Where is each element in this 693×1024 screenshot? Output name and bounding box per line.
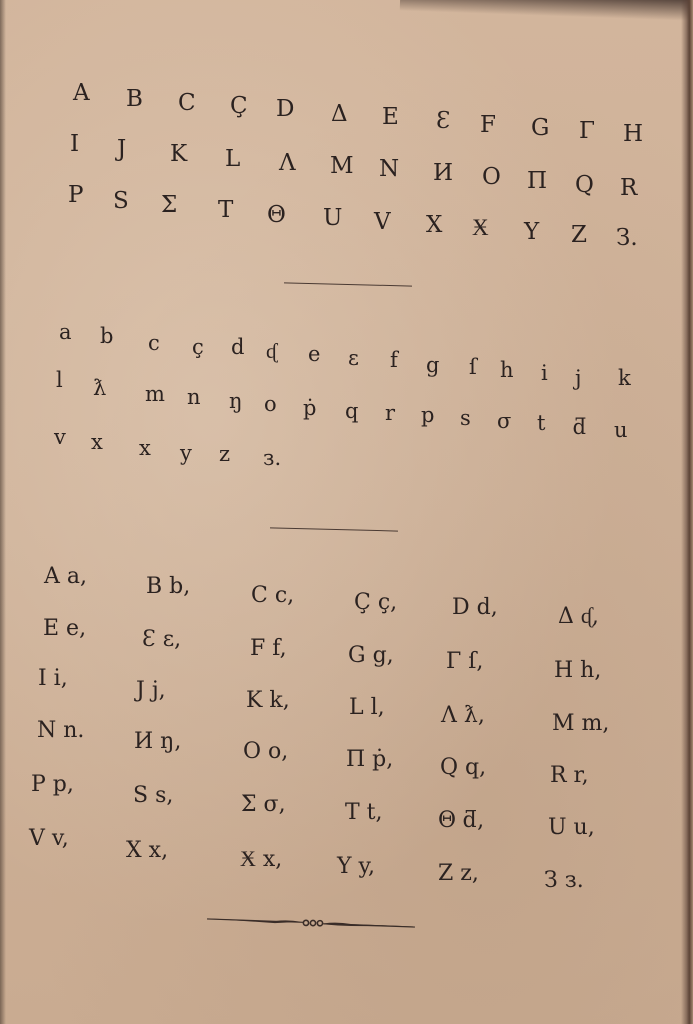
- capital-letter: V: [374, 211, 391, 234]
- letter-pair: Ç ç,: [354, 592, 397, 614]
- lowercase-letter: x: [139, 438, 151, 459]
- lowercase-letter: o: [264, 394, 277, 415]
- lowercase-letter: q: [345, 401, 358, 422]
- letter-pair: Δ ᶑ,: [558, 606, 599, 628]
- lowercase-letter: ᶑ: [266, 341, 277, 362]
- ornamental-rule-icon: [205, 910, 417, 934]
- section-divider: [284, 282, 412, 286]
- capital-letter: Σ: [161, 194, 177, 217]
- lowercase-letter: p: [421, 405, 434, 426]
- capital-letter: I: [70, 133, 79, 156]
- capital-letter: Ç: [230, 95, 248, 118]
- capital-letter: X: [426, 214, 442, 237]
- capital-letter: E: [382, 106, 399, 129]
- lowercase-letter: e: [308, 344, 320, 365]
- letter-pair: L l,: [349, 697, 385, 719]
- page-left-edge: [0, 0, 6, 1024]
- lowercase-letter: ŋ: [229, 391, 243, 412]
- letter-pair: Y y,: [337, 856, 375, 878]
- capital-letter: Γ: [579, 120, 595, 143]
- letter-pair: Λ ƛ,: [441, 705, 485, 727]
- capital-letter: Λ: [279, 152, 296, 175]
- letter-pair: Ɛ ɛ,: [142, 629, 181, 651]
- capital-letter: Y: [524, 221, 539, 244]
- letter-pair: C c,: [251, 585, 294, 607]
- lowercase-letter: x: [91, 432, 103, 453]
- lowercase-letter: σ: [497, 411, 511, 432]
- lowercase-letter: g: [426, 355, 439, 376]
- capital-letter: Q: [575, 174, 594, 197]
- book-page: A B C Ç D Δ E Ɛ F G Γ H I J K L Λ M N И …: [0, 0, 693, 1024]
- lowercase-letter: ç: [192, 337, 204, 358]
- lowercase-letter: i: [541, 363, 548, 384]
- letter-pair: J j,: [136, 680, 166, 702]
- letter-pair: V v,: [29, 828, 69, 850]
- capital-letter: D: [276, 98, 294, 121]
- lowercase-letter: h: [500, 360, 514, 381]
- capital-letter: G: [531, 117, 549, 140]
- capital-letter: C: [178, 92, 196, 115]
- letter-pair: U u,: [548, 817, 595, 839]
- capital-letter: L: [225, 148, 240, 171]
- letter-pair: B b,: [146, 576, 190, 598]
- letter-pair: G g,: [348, 645, 394, 667]
- letter-pair: Θ ƌ,: [438, 810, 484, 832]
- capital-letter: Z: [571, 224, 587, 247]
- letter-pair: D d,: [452, 597, 498, 619]
- capital-letter: O: [482, 166, 501, 189]
- letter-pair: Z z,: [438, 863, 479, 885]
- lowercase-letter: k: [618, 368, 631, 389]
- letter-pair: A a,: [44, 566, 87, 588]
- letter-pair: P p,: [31, 774, 74, 796]
- letter-pair: T t,: [345, 802, 383, 824]
- capital-letter: S: [113, 190, 129, 213]
- lowercase-letter: m: [145, 384, 165, 405]
- lowercase-letter: ſ: [469, 357, 477, 378]
- capital-letter: F: [480, 114, 496, 137]
- capital-letter: З.: [616, 227, 638, 250]
- capital-letter: M: [330, 155, 354, 178]
- lowercase-letter: y: [180, 443, 192, 464]
- letter-pair: N n.: [37, 720, 84, 742]
- lowercase-letter: d: [231, 337, 244, 358]
- letter-pair: Q q,: [440, 757, 486, 779]
- letter-pair: I i,: [38, 668, 68, 690]
- capital-letter: B: [126, 88, 143, 111]
- letter-pair: Ӿ x,: [240, 849, 282, 871]
- capital-letter: A: [73, 82, 90, 105]
- letter-pair: M m,: [552, 713, 609, 735]
- letter-pair: K k,: [246, 690, 290, 712]
- lowercase-letter: ɛ: [348, 348, 359, 369]
- lowercase-letter: t: [537, 413, 545, 434]
- capital-letter: H: [623, 123, 643, 146]
- letter-pair: R r,: [550, 765, 589, 787]
- lowercase-letter: l: [56, 370, 63, 391]
- lowercase-letter: n: [187, 387, 201, 408]
- capital-letter: Ӿ: [472, 217, 489, 240]
- capital-letter: Ɛ: [436, 110, 450, 133]
- letter-pair: F f,: [250, 638, 287, 660]
- lowercase-letter: з.: [263, 448, 281, 469]
- page-right-edge: [681, 0, 693, 1024]
- section-divider: [270, 527, 398, 531]
- letter-pair: И ŋ,: [134, 731, 181, 753]
- letter-pair: Γ ſ,: [446, 651, 483, 673]
- lowercase-letter: ṗ: [303, 398, 316, 419]
- lowercase-letter: f: [390, 350, 398, 371]
- lowercase-letter: j: [575, 368, 582, 389]
- capital-letter: N: [379, 158, 399, 181]
- lowercase-letter: ƌ: [573, 417, 586, 438]
- capital-letter: И: [433, 162, 453, 185]
- lowercase-letter: u: [614, 420, 628, 441]
- letter-pair: Π ṗ,: [346, 749, 393, 771]
- capital-letter: Θ: [267, 204, 286, 227]
- letter-pair: X x,: [126, 840, 168, 862]
- letter-pair: S s,: [133, 785, 173, 807]
- capital-letter: Δ: [331, 103, 348, 126]
- lowercase-letter: a: [59, 322, 72, 343]
- lowercase-letter: r: [385, 403, 395, 424]
- capital-letter: K: [170, 143, 187, 166]
- lowercase-letter: v: [54, 427, 66, 448]
- capital-letter: T: [218, 199, 233, 222]
- lowercase-letter: s: [460, 408, 471, 429]
- letter-pair: O o,: [243, 741, 288, 763]
- capital-letter: Π: [527, 170, 547, 193]
- letter-pair: H h,: [554, 660, 601, 682]
- capital-letter: J: [117, 138, 126, 161]
- capital-letter: P: [68, 184, 83, 207]
- lowercase-letter: ƛ: [93, 378, 106, 399]
- capital-letter: U: [323, 207, 342, 230]
- capital-letter: R: [620, 177, 637, 200]
- lowercase-letter: b: [100, 326, 113, 347]
- letter-pair: Σ σ,: [241, 794, 286, 816]
- lowercase-letter: z: [219, 444, 230, 465]
- letter-pair: E e,: [43, 618, 86, 640]
- lowercase-letter: c: [148, 333, 160, 354]
- page-shadow: [400, 0, 693, 21]
- letter-pair: З з.: [544, 870, 584, 892]
